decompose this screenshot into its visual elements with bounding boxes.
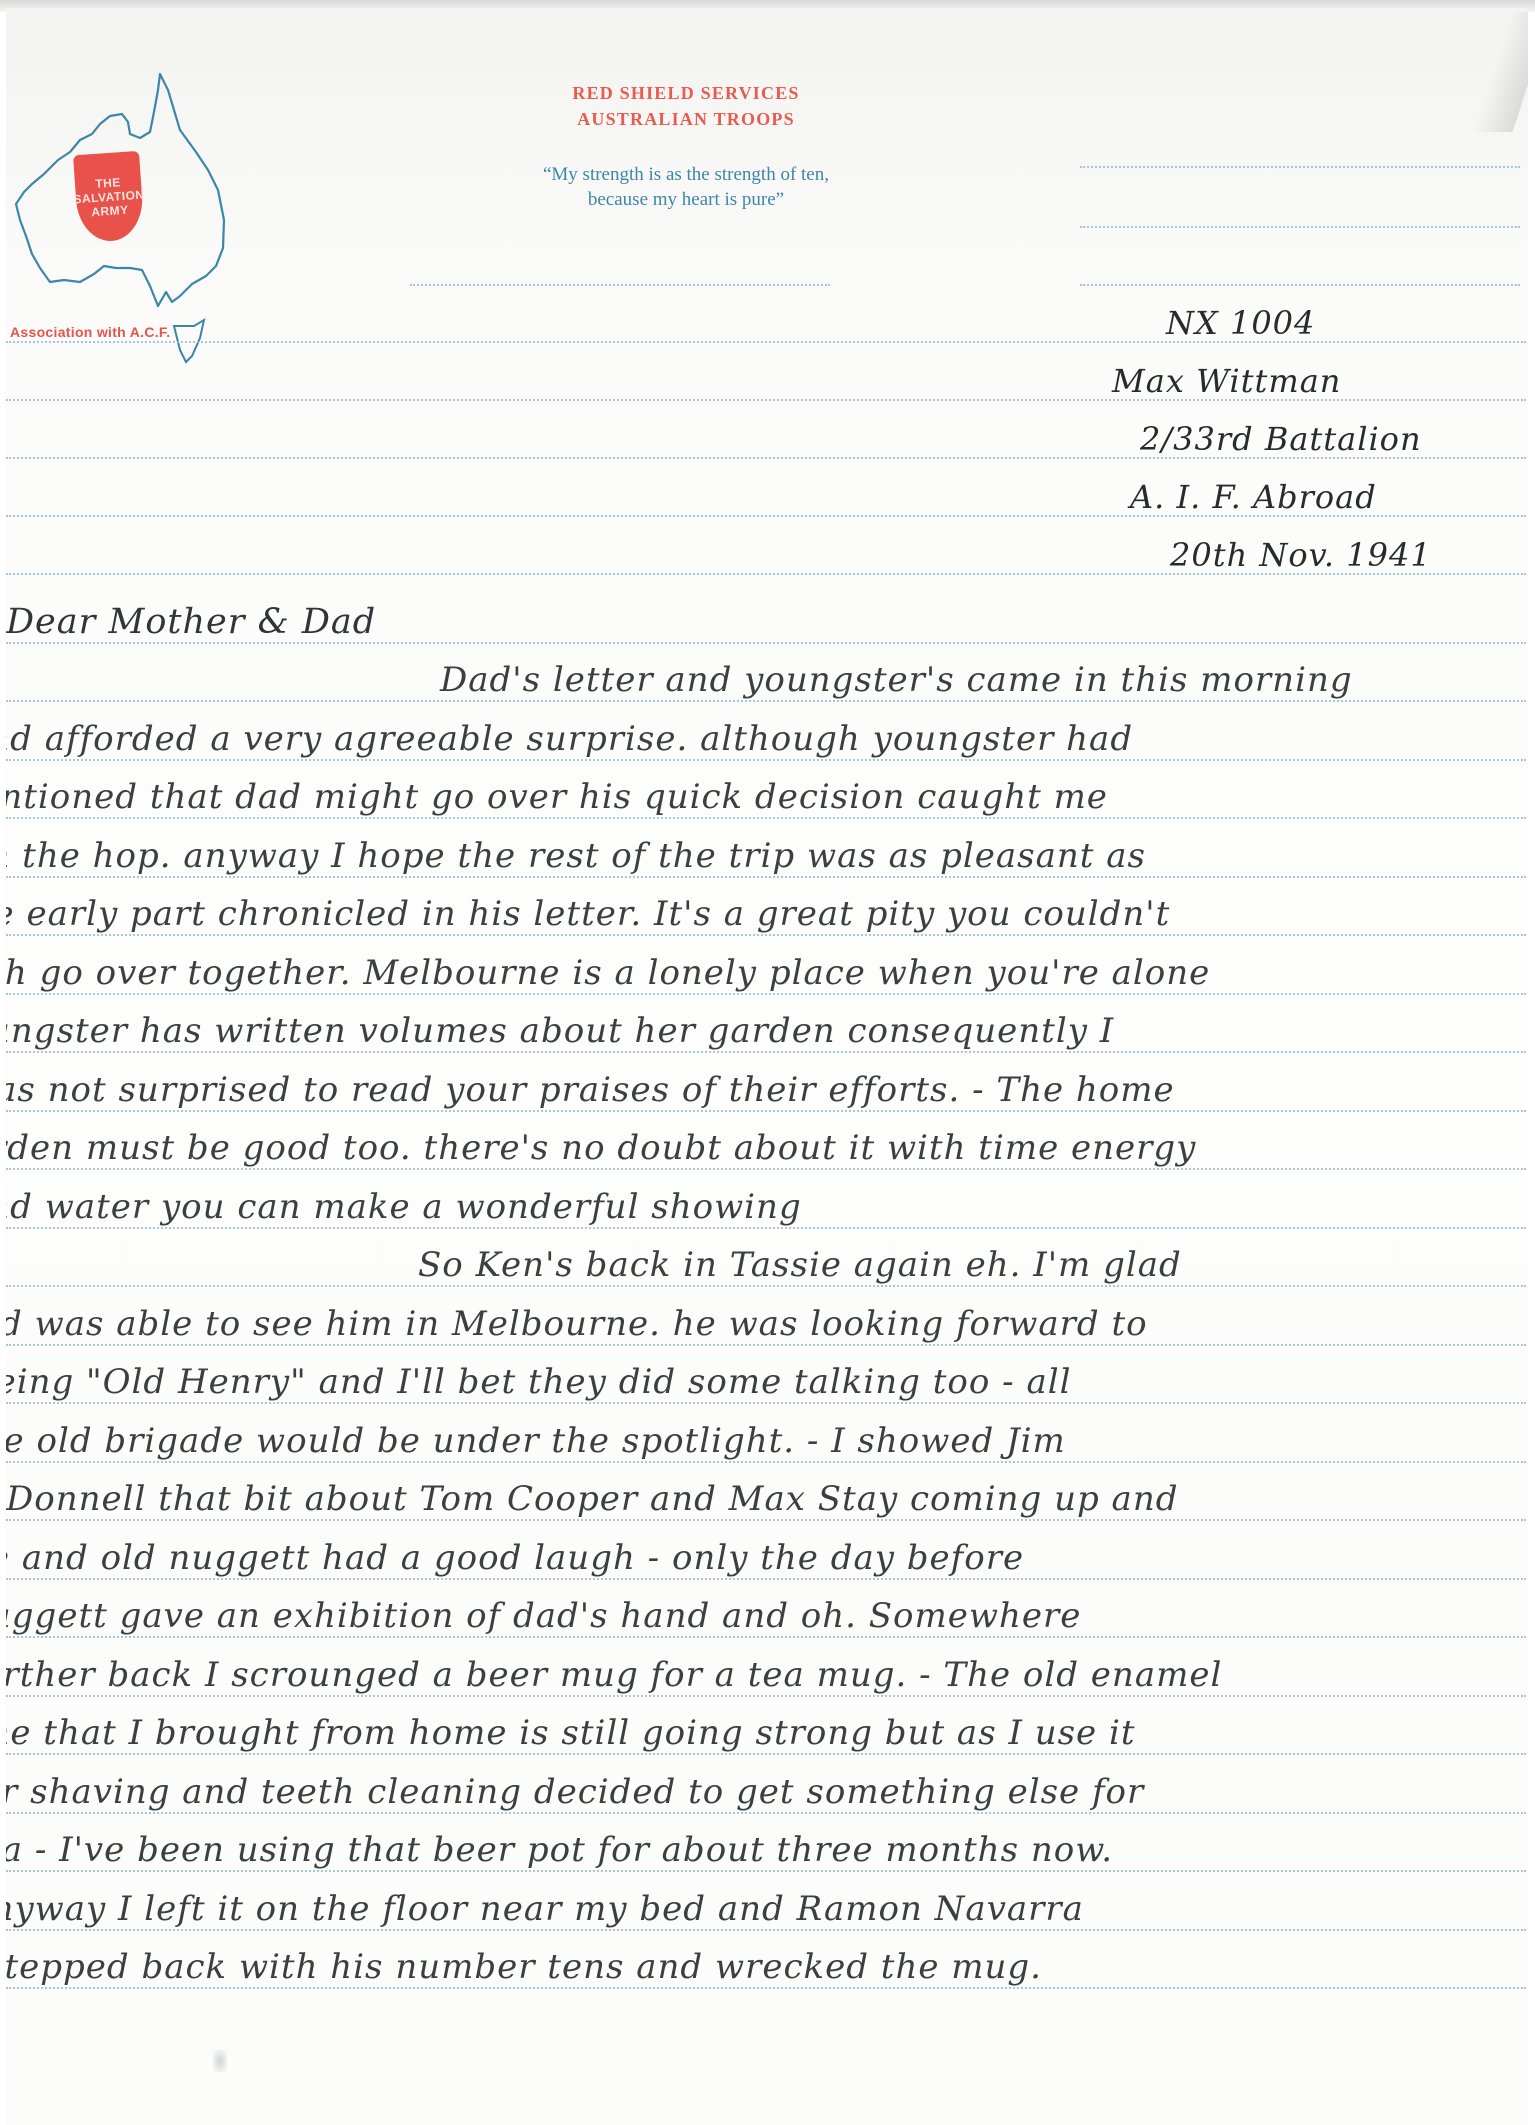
motto-line-1: “My strength is as the strength of ten, [446, 162, 926, 187]
rule-line [1080, 166, 1520, 168]
rule-line [6, 1461, 1526, 1463]
service-number: NX 1004 [1166, 304, 1315, 342]
salutation: Dear Mother & Dad [6, 602, 376, 642]
rule-line [6, 1929, 1526, 1931]
rule-line [6, 1753, 1526, 1755]
letter-line: nuggett gave an exhibition of dad's hand… [6, 1596, 1081, 1636]
letter-line: and water you can make a wonderful showi… [6, 1187, 802, 1227]
letter-line: seeing "Old Henry" and I'll bet they did… [6, 1362, 1071, 1402]
rule-line [6, 876, 1526, 878]
rule-line [6, 759, 1526, 761]
rule-line [6, 1987, 1526, 1989]
rule-line [1080, 284, 1520, 286]
organization-line-2: AUSTRALIAN TROOPS [476, 106, 896, 132]
rule-line [6, 1578, 1526, 1580]
rule-line [6, 1812, 1526, 1814]
sender-force: A. I. F. Abroad [1130, 478, 1377, 516]
rule-line [6, 700, 1526, 702]
letter-line: Youngster has written volumes about her … [6, 1011, 1114, 1051]
rule-line [6, 1285, 1526, 1287]
rule-line [6, 1344, 1526, 1346]
sender-name: Max Wittman [1112, 362, 1341, 400]
letter-line: garden must be good too. there's no doub… [6, 1128, 1196, 1168]
rule-line [6, 1870, 1526, 1872]
rule-line [6, 934, 1526, 936]
letter-line: both go over together. Melbourne is a lo… [6, 953, 1210, 993]
organization-title: RED SHIELD SERVICES AUSTRALIAN TROOPS [476, 80, 896, 132]
letter-sheet: THE SALVATION ARMY Association with A.C.… [6, 8, 1528, 2125]
rule-line [410, 284, 830, 286]
letter-line: So Ken's back in Tassie again eh. I'm gl… [418, 1245, 1182, 1285]
rule-line [6, 993, 1526, 995]
association-label: Association with A.C.F. [10, 324, 170, 340]
sender-unit: 2/33rd Battalion [1140, 420, 1422, 458]
letter-line: mentioned that dad might go over his qui… [6, 777, 1108, 817]
letter-line: the old brigade would be under the spotl… [6, 1421, 1066, 1461]
letter-date: 20th Nov. 1941 [1170, 536, 1432, 574]
rule-line [6, 1402, 1526, 1404]
rule-line [6, 817, 1526, 819]
shield-text-3: ARMY [91, 203, 129, 220]
letter-line: Anyway I left it on the floor near my be… [6, 1889, 1084, 1929]
letter-line: he and old nuggett had a good laugh - on… [6, 1538, 1024, 1578]
rule-line [6, 1051, 1526, 1053]
rule-line [6, 1110, 1526, 1112]
ink-smudge [213, 2050, 227, 2072]
rule-line [6, 1636, 1526, 1638]
motto-line-2: because my heart is pure” [446, 187, 926, 212]
letter-line: and afforded a very agreeable surprise. … [6, 719, 1133, 759]
rule-line [1080, 226, 1520, 228]
rule-line [6, 1519, 1526, 1521]
letter-line: further back I scrounged a beer mug for … [6, 1655, 1222, 1695]
letter-line: tea - I've been using that beer pot for … [6, 1830, 1113, 1870]
letter-line: one that I brought from home is still go… [6, 1713, 1136, 1753]
letter-line: for shaving and teeth cleaning decided t… [6, 1772, 1144, 1812]
paper-fold [1473, 12, 1528, 132]
organization-line-1: RED SHIELD SERVICES [476, 80, 896, 106]
rule-line [6, 1227, 1526, 1229]
letter-line: Dad's letter and youngster's came in thi… [440, 660, 1353, 700]
rule-line [6, 1168, 1526, 1170]
letter-line: dad was able to see him in Melbourne. he… [6, 1304, 1148, 1344]
letter-line: stepped back with his number tens and wr… [6, 1947, 1042, 1987]
rule-line [6, 642, 1526, 644]
letter-line: was not surprised to read your praises o… [6, 1070, 1175, 1110]
rule-line [6, 1695, 1526, 1697]
letter-line: the early part chronicled in his letter.… [6, 894, 1170, 934]
motto: “My strength is as the strength of ten, … [446, 162, 926, 212]
letter-line: Donnell that bit about Tom Cooper and Ma… [6, 1479, 1179, 1519]
letter-line: on the hop. anyway I hope the rest of th… [6, 836, 1146, 876]
